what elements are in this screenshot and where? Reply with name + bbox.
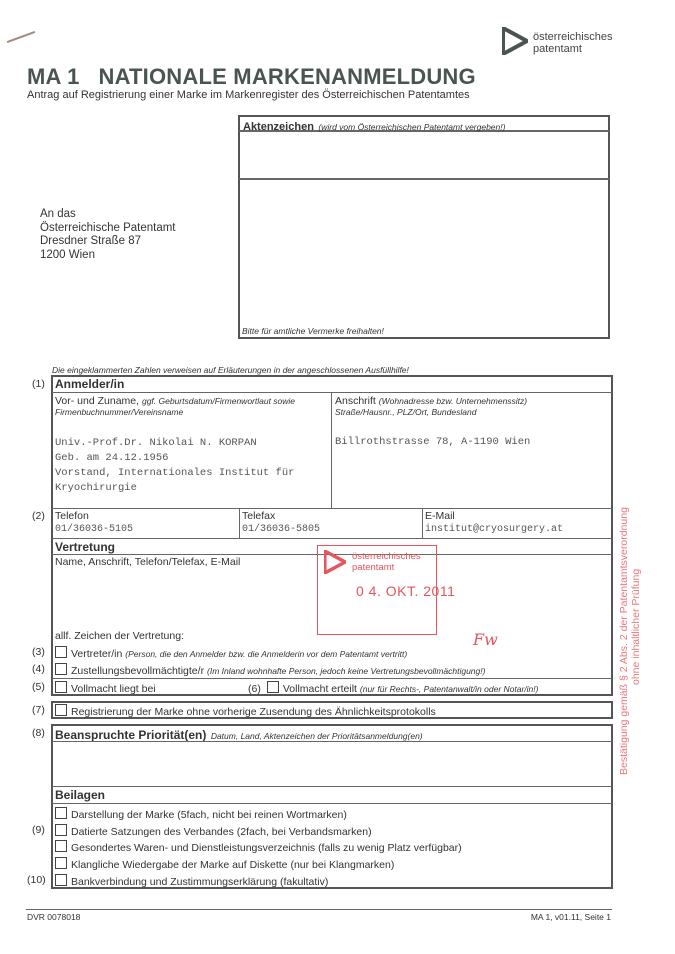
instructions-note: Die eingeklammerten Zahlen verweisen auf… xyxy=(52,365,409,375)
attachment-checkbox[interactable] xyxy=(55,840,67,852)
priority-note: Datum, Land, Aktenzeichen der Prioritäts… xyxy=(211,731,423,741)
page-title: MA 1 NATIONALE MARKENANMELDUNG xyxy=(27,64,476,90)
attachment-checkbox[interactable] xyxy=(55,824,67,836)
attachment-item: Klangliche Wiedergabe der Marke auf Disk… xyxy=(55,857,394,871)
vertreter-note: (Person, die den Anmelder bzw. die Anmel… xyxy=(125,649,407,659)
option-zustellung: Zustellungsbevollmächtigte/r (Im Inland … xyxy=(55,663,485,677)
applicant-column-divider xyxy=(331,392,332,508)
applicant-title-divider xyxy=(52,392,612,393)
attachment-number: (9) xyxy=(32,824,45,836)
attachment-checkbox[interactable] xyxy=(55,807,67,819)
attachment-label: Datierte Satzungen des Verbandes (2fach,… xyxy=(71,826,372,838)
address-label-text: Anschrift xyxy=(335,395,376,407)
attachments-title: Beilagen xyxy=(55,788,105,802)
phone-label: Telefon xyxy=(55,510,89,522)
section-number: (8) xyxy=(32,727,45,739)
power-checkbox[interactable] xyxy=(55,681,67,693)
contact-divider-1 xyxy=(239,508,240,538)
option-number: (6) xyxy=(248,683,261,695)
power-divider xyxy=(52,678,612,679)
option-number: (5) xyxy=(32,681,45,693)
stamp-line1: österreichisches xyxy=(352,551,421,562)
side-stamp-line1: Bestätigung gemäß § 2 Abs. 2 der Patenta… xyxy=(618,475,630,775)
applicant-name-line: Vorstand, Internationales Institut für xyxy=(55,466,294,481)
address-label-sub: (Wohnadresse bzw. Unternehmenssitz) xyxy=(379,396,527,406)
recipient-address: An das Österreichische Patentamt Dresdne… xyxy=(40,208,176,262)
representation-field-label: Name, Anschrift, Telefon/Telefax, E-Mail xyxy=(55,556,240,568)
attachment-item: Datierte Satzungen des Verbandes (2fach,… xyxy=(55,824,372,838)
stamp-logo-icon xyxy=(324,550,346,574)
attachment-label: Gesondertes Waren- und Dienstleistungsve… xyxy=(71,842,462,854)
recipient-line: Österreichische Patentamt xyxy=(40,222,176,236)
section-number: (1) xyxy=(32,378,45,390)
applicant-title: Anmelder/in xyxy=(55,377,124,391)
name-label-sub: ggf. Geburtsdatum/Firmenwortlaut sowie xyxy=(142,396,295,406)
fax-label: Telefax xyxy=(242,510,275,522)
option-number: (4) xyxy=(32,663,45,675)
page-subtitle: Antrag auf Registrierung einer Marke im … xyxy=(27,89,470,101)
granted-label: Vollmacht erteilt xyxy=(283,683,357,695)
representation-field[interactable] xyxy=(54,570,304,625)
contact-divider-top xyxy=(52,508,612,509)
aktenzeichen-field[interactable] xyxy=(240,132,608,177)
power-label: Vollmacht liegt bei xyxy=(71,683,156,695)
attachment-item: Darstellung der Marke (5fach, nicht bei … xyxy=(55,807,347,821)
patentamt-triangle-logo-icon xyxy=(502,27,528,55)
address-label: Anschrift (Wohnadresse bzw. Unternehmens… xyxy=(335,395,527,407)
side-stamp: Bestätigung gemäß § 2 Abs. 2 der Patenta… xyxy=(618,475,642,775)
granted-checkbox[interactable] xyxy=(267,681,279,693)
option-granted: (6)Vollmacht erteilt (nur für Rechts-, P… xyxy=(248,681,538,695)
aktenzeichen-divider-2 xyxy=(239,178,609,180)
recipient-line: 1200 Wien xyxy=(40,249,176,263)
priority-title: Beanspruchte Priorität(en) xyxy=(55,728,206,742)
attachment-label: Bankverbindung und Zustimmungserklärung … xyxy=(71,876,328,888)
applicant-name-line: Univ.-Prof.Dr. Nikolai N. KORPAN xyxy=(55,436,294,451)
attachment-label: Darstellung der Marke (5fach, nicht bei … xyxy=(71,809,347,821)
footer-left: DVR 0078018 xyxy=(27,912,80,922)
attachment-checkbox[interactable] xyxy=(55,857,67,869)
attachment-checkbox[interactable] xyxy=(55,874,67,886)
email-field[interactable]: institut@cryosurgery.at xyxy=(425,524,563,535)
stamp-line2: patentamt xyxy=(352,562,394,573)
zustellung-checkbox[interactable] xyxy=(55,663,67,675)
vertreter-checkbox[interactable] xyxy=(55,646,67,658)
email-label: E-Mail xyxy=(425,510,455,522)
priority-title-divider xyxy=(52,741,612,742)
granted-note: (nur für Rechts-, Patentanwalt/in oder N… xyxy=(360,684,539,694)
recipient-line: An das xyxy=(40,208,176,222)
zustellung-note: (Im Inland wohnhafte Person, jedoch kein… xyxy=(207,666,485,676)
aktenzeichen-note: (wird vom Österreichischen Patentamt ver… xyxy=(318,122,505,132)
representation-title: Vertretung xyxy=(55,540,115,554)
side-stamp-line2: ohne inhaltlicher Prüfung xyxy=(630,475,642,775)
representation-sign-label: allf. Zeichen der Vertretung: xyxy=(55,630,184,642)
section-number: (7) xyxy=(32,704,45,716)
option-vertreter: Vertreter/in (Person, die den Anmelder b… xyxy=(55,646,407,660)
zustellung-label: Zustellungsbevollmächtigte/r xyxy=(71,665,204,677)
option-power: Vollmacht liegt bei xyxy=(55,681,156,695)
section-number: (2) xyxy=(32,510,45,522)
option-number: (3) xyxy=(32,646,45,658)
phone-field[interactable]: 01/36036-5105 xyxy=(55,524,133,535)
attachment-item: Gesondertes Waren- und Dienstleistungsve… xyxy=(55,840,462,854)
attachments-divider xyxy=(52,786,612,787)
aktenzeichen-footer-note: Bitte für amtliche Vermerke freihalten! xyxy=(242,326,384,336)
receipt-stamp: österreichisches patentamt 0 4. OKT. 201… xyxy=(317,545,437,635)
contact-divider-2 xyxy=(422,508,423,538)
applicant-name-line: Kryochirurgie xyxy=(55,481,294,496)
stamp-initials: Fw xyxy=(473,630,498,649)
attachments-title-divider xyxy=(52,803,612,804)
recipient-line: Dresdner Straße 87 xyxy=(40,235,176,249)
registration-label: Registrierung der Marke ohne vorherige Z… xyxy=(71,706,436,718)
footer-right: MA 1, v01.11, Seite 1 xyxy=(531,912,611,922)
representation-divider xyxy=(52,538,612,539)
attachment-number: (10) xyxy=(27,874,46,886)
name-label: Vor- und Zuname, ggf. Geburtsdatum/Firme… xyxy=(55,395,295,407)
name-label-sub2: Firmenbuchnummer/Vereinsname xyxy=(55,407,183,417)
fax-field[interactable]: 01/36036-5805 xyxy=(242,524,320,535)
registration-checkbox[interactable] xyxy=(55,704,67,716)
applicant-name-line: Geb. am 24.12.1956 xyxy=(55,451,294,466)
attachment-item: Bankverbindung und Zustimmungserklärung … xyxy=(55,874,328,888)
attachment-label: Klangliche Wiedergabe der Marke auf Disk… xyxy=(71,859,394,871)
registration-option: Registrierung der Marke ohne vorherige Z… xyxy=(55,704,436,718)
vertreter-label: Vertreter/in xyxy=(71,648,122,660)
stamp-date: 0 4. OKT. 2011 xyxy=(356,583,455,599)
footer-divider xyxy=(26,909,612,910)
applicant-name-field[interactable]: Univ.-Prof.Dr. Nikolai N. KORPAN Geb. am… xyxy=(55,436,294,496)
name-label-text: Vor- und Zuname, xyxy=(55,395,139,407)
priority-field[interactable] xyxy=(54,743,610,785)
applicant-address-field[interactable]: Billrothstrasse 78, A-1190 Wien xyxy=(335,436,530,448)
logo-line1: österreichisches xyxy=(533,31,612,43)
staple-mark xyxy=(7,31,36,43)
logo-line2: patentamt xyxy=(533,43,582,55)
address-label-sub2: Straße/Hausnr., PLZ/Ort, Bundesland xyxy=(335,407,476,417)
